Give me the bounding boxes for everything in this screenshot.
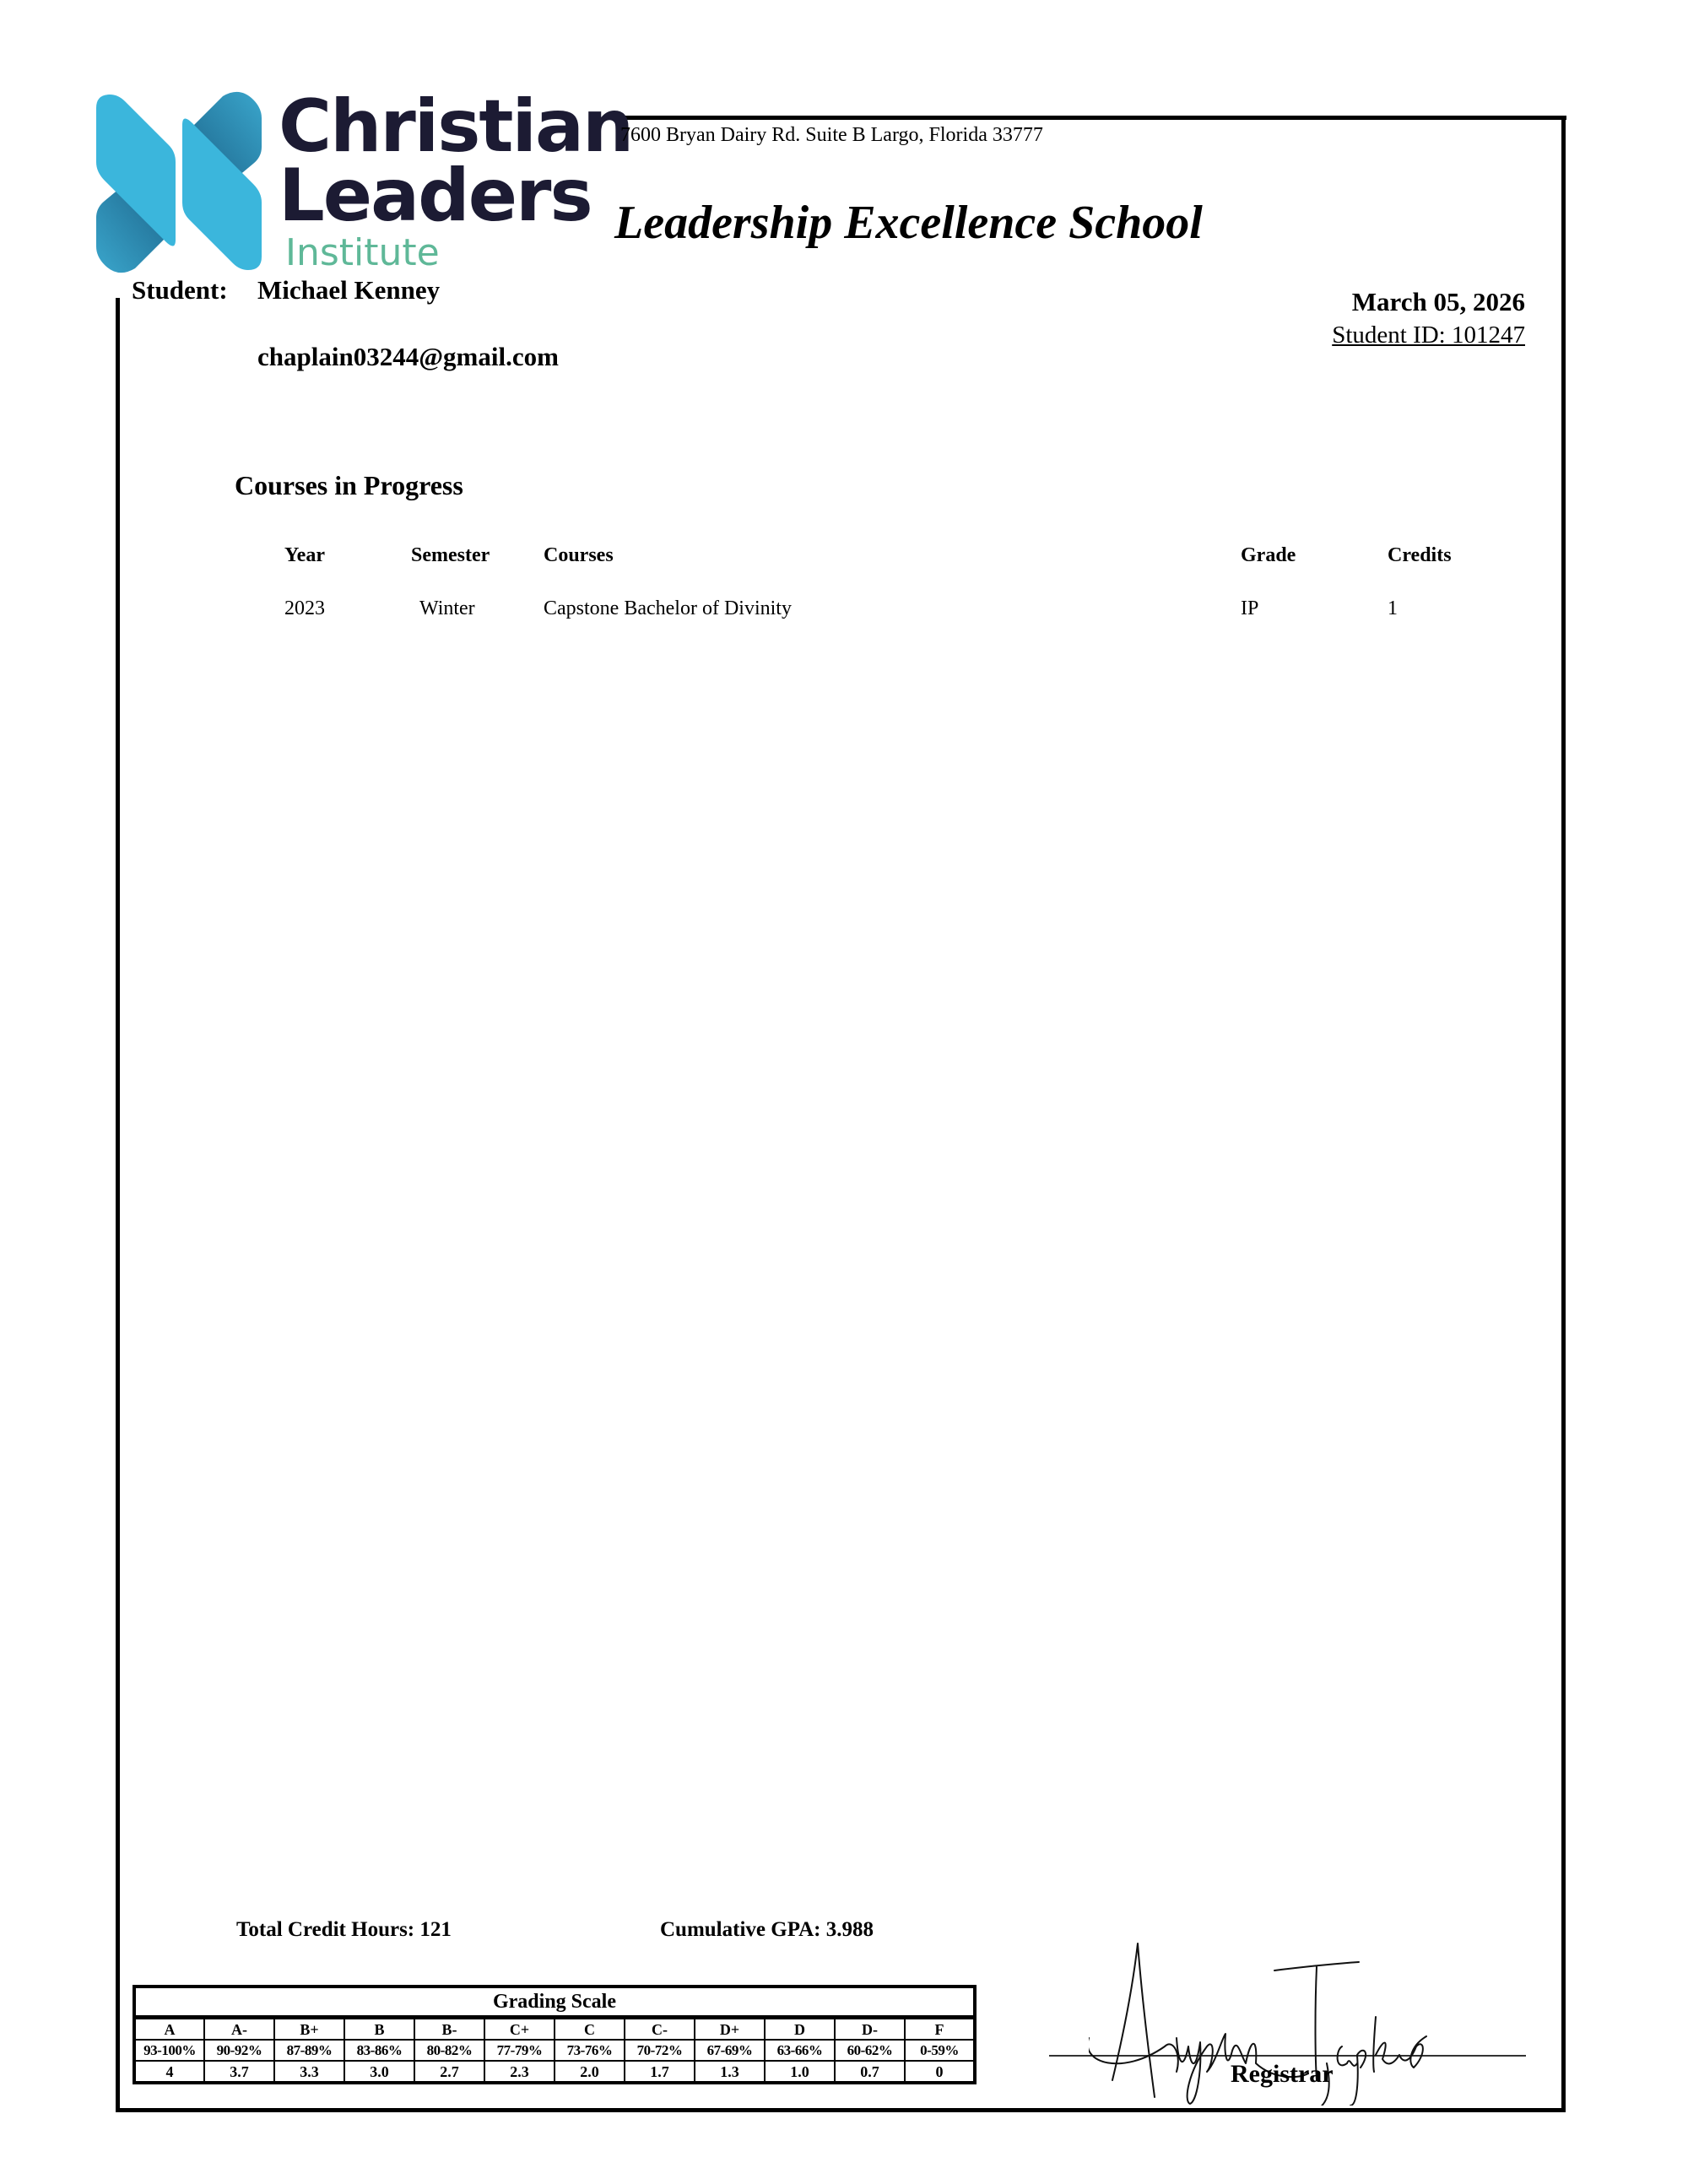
grade-range-cell: 83-86% <box>344 2040 414 2061</box>
grade-range-cell: 70-72% <box>625 2040 695 2061</box>
grade-points-cell: 4 <box>134 2061 204 2083</box>
grade-points-cell: 2.0 <box>555 2061 625 2083</box>
grade-points-cell: 0.7 <box>835 2061 905 2083</box>
column-header-year: Year <box>284 543 325 567</box>
grade-letter-cell: C <box>555 2018 625 2041</box>
grading-scale-points-row: 43.73.33.02.72.32.01.71.31.00.70 <box>134 2061 975 2083</box>
grade-points-cell: 1.3 <box>695 2061 765 2083</box>
column-header-semester: Semester <box>411 543 490 567</box>
grading-scale-letters-row: AA-B+BB-C+CC-D+DD-F <box>134 2018 975 2041</box>
grade-points-cell: 2.3 <box>484 2061 555 2083</box>
student-name: Michael Kenney <box>257 275 440 305</box>
grade-range-cell: 0-59% <box>905 2040 975 2061</box>
column-header-courses: Courses <box>544 543 614 567</box>
column-header-grade: Grade <box>1241 543 1296 567</box>
grade-letter-cell: D+ <box>695 2018 765 2041</box>
grade-points-cell: 2.7 <box>414 2061 484 2083</box>
grade-letter-cell: A <box>134 2018 204 2041</box>
grading-scale-title: Grading Scale <box>134 1987 975 2018</box>
cell-course: Capstone Bachelor of Divinity <box>544 597 792 620</box>
transcript-date: March 05, 2026 <box>1352 287 1525 317</box>
grade-range-cell: 67-69% <box>695 2040 765 2061</box>
grade-range-cell: 87-89% <box>274 2040 344 2061</box>
cell-semester: Winter <box>419 597 475 620</box>
grade-points-cell: 0 <box>905 2061 975 2083</box>
grade-range-cell: 90-92% <box>204 2040 274 2061</box>
grade-range-cell: 73-76% <box>555 2040 625 2061</box>
logo-text-leaders: Leaders <box>279 154 592 238</box>
student-email: chaplain03244@gmail.com <box>257 342 559 372</box>
student-id: Student ID: 101247 <box>1332 321 1525 349</box>
grade-points-cell: 1.7 <box>625 2061 695 2083</box>
grade-range-cell: 93-100% <box>134 2040 204 2061</box>
grade-letter-cell: C- <box>625 2018 695 2041</box>
grading-scale-table: Grading Scale AA-B+BB-C+CC-D+DD-F 93-100… <box>133 1985 977 2084</box>
grade-letter-cell: A- <box>204 2018 274 2041</box>
grading-scale-ranges-row: 93-100%90-92%87-89%83-86%80-82%77-79%73-… <box>134 2040 975 2061</box>
grade-range-cell: 80-82% <box>414 2040 484 2061</box>
column-header-credits: Credits <box>1388 543 1452 567</box>
grade-letter-cell: B+ <box>274 2018 344 2041</box>
cell-grade: IP <box>1241 597 1258 620</box>
grade-letter-cell: B- <box>414 2018 484 2041</box>
cell-year: 2023 <box>284 597 325 620</box>
cumulative-gpa: Cumulative GPA: 3.988 <box>660 1917 874 1943</box>
x-ribbon-logo-icon <box>93 91 265 273</box>
page-frame-top <box>620 116 1566 120</box>
school-address: 7600 Bryan Dairy Rd. Suite B Largo, Flor… <box>620 123 1043 147</box>
page-frame-bottom <box>116 2108 1566 2112</box>
page-frame-right <box>1561 116 1566 2112</box>
grade-letter-cell: F <box>905 2018 975 2041</box>
grade-range-cell: 60-62% <box>835 2040 905 2061</box>
total-credit-hours: Total Credit Hours: 121 <box>236 1917 452 1943</box>
grade-range-cell: 77-79% <box>484 2040 555 2061</box>
grade-points-cell: 3.3 <box>274 2061 344 2083</box>
grade-points-cell: 3.7 <box>204 2061 274 2083</box>
logo-text-institute: Institute <box>285 230 440 277</box>
registrar-label: Registrar <box>1231 2060 1334 2089</box>
grade-letter-cell: B <box>344 2018 414 2041</box>
page-frame-left <box>116 298 120 2112</box>
courses-in-progress-title: Courses in Progress <box>235 469 463 501</box>
student-label: Student: <box>132 275 228 305</box>
grade-points-cell: 1.0 <box>765 2061 835 2083</box>
grade-letter-cell: D <box>765 2018 835 2041</box>
grade-letter-cell: D- <box>835 2018 905 2041</box>
grade-range-cell: 63-66% <box>765 2040 835 2061</box>
cell-credits: 1 <box>1388 597 1398 620</box>
grade-points-cell: 3.0 <box>344 2061 414 2083</box>
school-title: Leadership Excellence School <box>614 196 1203 250</box>
grade-letter-cell: C+ <box>484 2018 555 2041</box>
